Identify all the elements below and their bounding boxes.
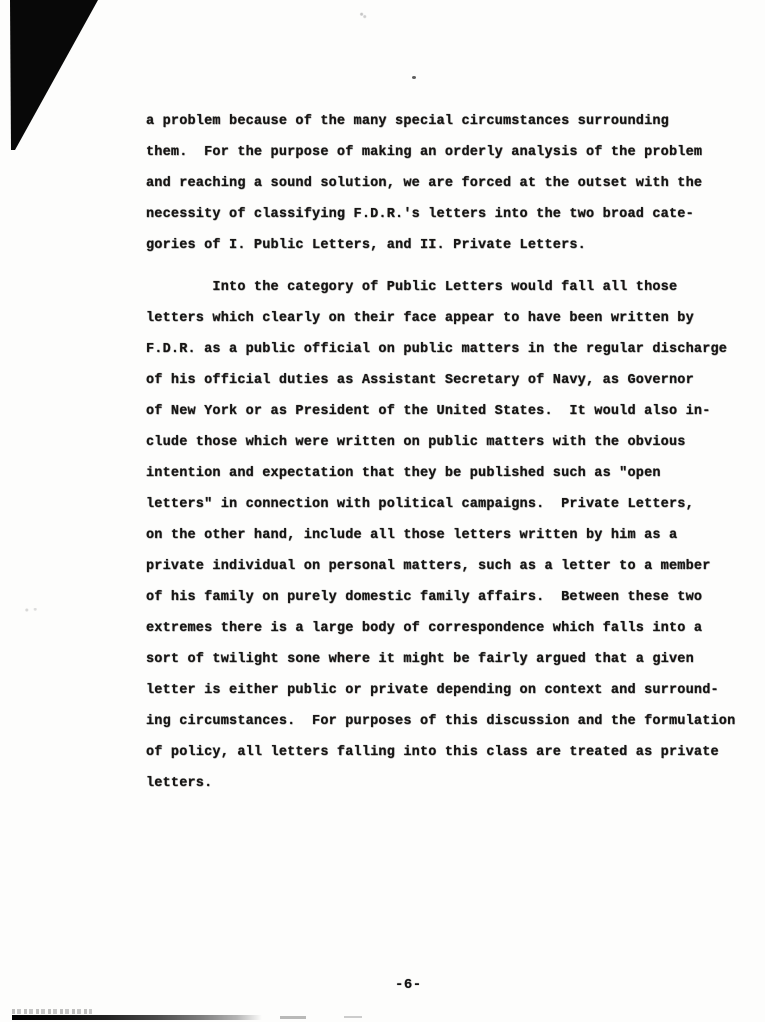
scan-dot-artifact <box>412 76 416 79</box>
scan-smudge-artifact <box>344 1016 362 1018</box>
text-line: a problem because of the many special ci… <box>146 106 702 137</box>
scan-smudge-artifact <box>12 1009 92 1014</box>
scan-speck-artifact <box>24 608 38 612</box>
scan-smudge-artifact <box>12 1015 262 1020</box>
text-line: and reaching a sound solution, we are fo… <box>146 168 702 199</box>
text-line: intention and expectation that they be p… <box>146 458 735 489</box>
text-line: F.D.R. as a public official on public ma… <box>146 334 735 365</box>
text-line: clude those which were written on public… <box>146 427 735 458</box>
text-line: on the other hand, include all those let… <box>146 520 735 551</box>
text-line: of New York or as President of the Unite… <box>146 396 735 427</box>
text-line: necessity of classifying F.D.R.'s letter… <box>146 199 702 230</box>
text-line: letter is either public or private depen… <box>146 675 735 706</box>
scan-speck-artifact <box>358 11 367 19</box>
text-line: extremes there is a large body of corres… <box>146 613 735 644</box>
text-line: them. For the purpose of making an order… <box>146 137 702 168</box>
text-line: private individual on personal matters, … <box>146 551 735 582</box>
paragraph-2: Into the category of Public Letters woul… <box>146 272 735 799</box>
text-line: of policy, all letters falling into this… <box>146 737 735 768</box>
text-line: of his family on purely domestic family … <box>146 582 735 613</box>
text-line: letters which clearly on their face appe… <box>146 303 735 334</box>
text-line: of his official duties as Assistant Secr… <box>146 365 735 396</box>
scan-corner-fold-artifact <box>0 0 102 152</box>
scan-smudge-artifact <box>280 1016 306 1019</box>
text-line: gories of I. Public Letters, and II. Pri… <box>146 230 702 261</box>
page-number: -6- <box>395 970 422 1001</box>
paragraph-1: a problem because of the many special ci… <box>146 106 702 261</box>
text-line: sort of twilight sone where it might be … <box>146 644 735 675</box>
text-line: letters" in connection with political ca… <box>146 489 735 520</box>
text-line: Into the category of Public Letters woul… <box>146 272 735 303</box>
text-line: letters. <box>146 768 735 799</box>
scanned-document-page: a problem because of the many special ci… <box>0 0 765 1022</box>
text-line: ing circumstances. For purposes of this … <box>146 706 735 737</box>
